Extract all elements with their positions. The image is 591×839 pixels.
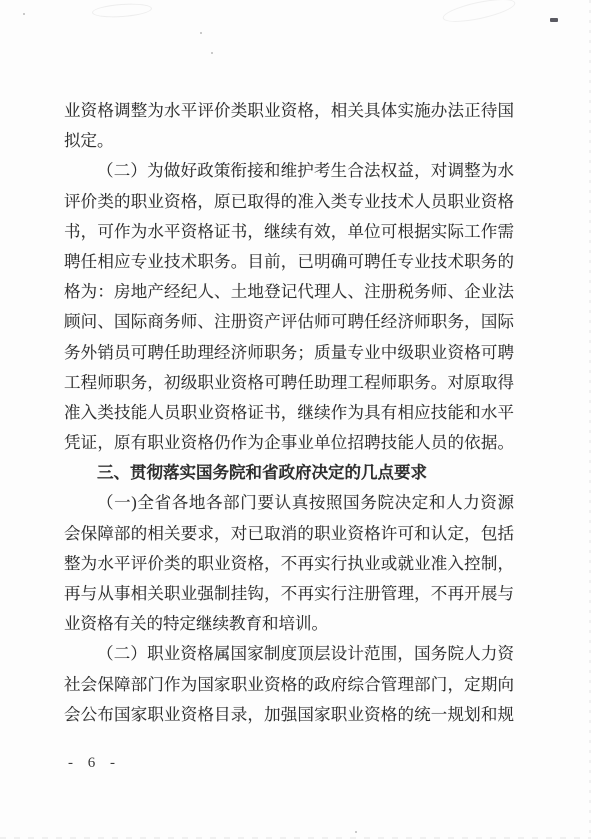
document-text-block: 业资格调整为水平评价类职业资格，相关具体实施办法正待国家拟定。（二）为做好政策衔… xyxy=(64,96,514,730)
text-line: 会保障部的相关要求，对已取消的职业资格许可和认定，包括调 xyxy=(64,519,514,549)
text-line: 准入类技能人员职业资格证书，继续作为具有相应技能和水平的 xyxy=(64,398,514,428)
text-line: 会公布国家职业资格目录，加强国家职业资格的统一规划和规范 xyxy=(64,700,514,730)
scan-smudge xyxy=(92,2,153,19)
text-line: 业资格有关的特定继续教育和培训。 xyxy=(64,609,514,639)
text-line: 聘任相应专业技术职务。目前，已明确可聘任专业技术职务的资 xyxy=(64,247,514,277)
page-number: - 6 - xyxy=(68,755,128,772)
text-line: （二）为做好政策衔接和维护考生合法权益，对调整为水平 xyxy=(64,156,514,186)
scan-speck xyxy=(355,831,357,833)
text-line: 务外销员可聘任助理经济师职务；质量专业中级职业资格可聘任 xyxy=(64,338,514,368)
text-line: 业资格调整为水平评价类职业资格，相关具体实施办法正待国家 xyxy=(64,96,514,126)
text-line: 社会保障部门作为国家职业资格的政府综合管理部门，定期向社 xyxy=(64,670,514,700)
scanned-document-page: 业资格调整为水平评价类职业资格，相关具体实施办法正待国家拟定。（二）为做好政策衔… xyxy=(0,0,591,839)
scan-speck xyxy=(23,13,25,15)
text-line: 工程师职务，初级职业资格可聘任助理工程师职务。对原取得的 xyxy=(64,368,514,398)
text-line: 格为：房地产经纪人、土地登记代理人、注册税务师、企业法律 xyxy=(64,277,514,307)
text-line: 再与从事相关职业强制挂钩，不再实行注册管理，不再开展与职 xyxy=(64,579,514,609)
text-line: 顾问、国际商务师、注册资产评估师可聘任经济师职务，国际商 xyxy=(64,307,514,337)
scan-ink-mark xyxy=(550,18,558,22)
text-line: （二）职业资格属国家制度顶层设计范围，国务院人力资源 xyxy=(64,639,514,669)
scan-speck xyxy=(200,32,202,34)
text-line: 书，可作为水平资格证书，继续有效，单位可根据实际工作需要， xyxy=(64,217,514,247)
text-line: 评价类的职业资格，原已取得的准入类专业技术人员职业资格证 xyxy=(64,187,514,217)
text-line: （一)全省各地各部门要认真按照国务院决定和人力资源社 xyxy=(64,488,514,518)
text-line: 整为水平评价类的职业资格，不再实行执业或就业准入控制，不 xyxy=(64,549,514,579)
scan-speck xyxy=(211,52,213,54)
text-line: 凭证，原有职业资格仍作为企事业单位招聘技能人员的依据。 xyxy=(64,428,514,458)
text-line: 拟定。 xyxy=(64,126,514,156)
section-heading-line: 三、贯彻落实国务院和省政府决定的几点要求 xyxy=(64,458,514,488)
scan-smudge xyxy=(441,0,517,27)
